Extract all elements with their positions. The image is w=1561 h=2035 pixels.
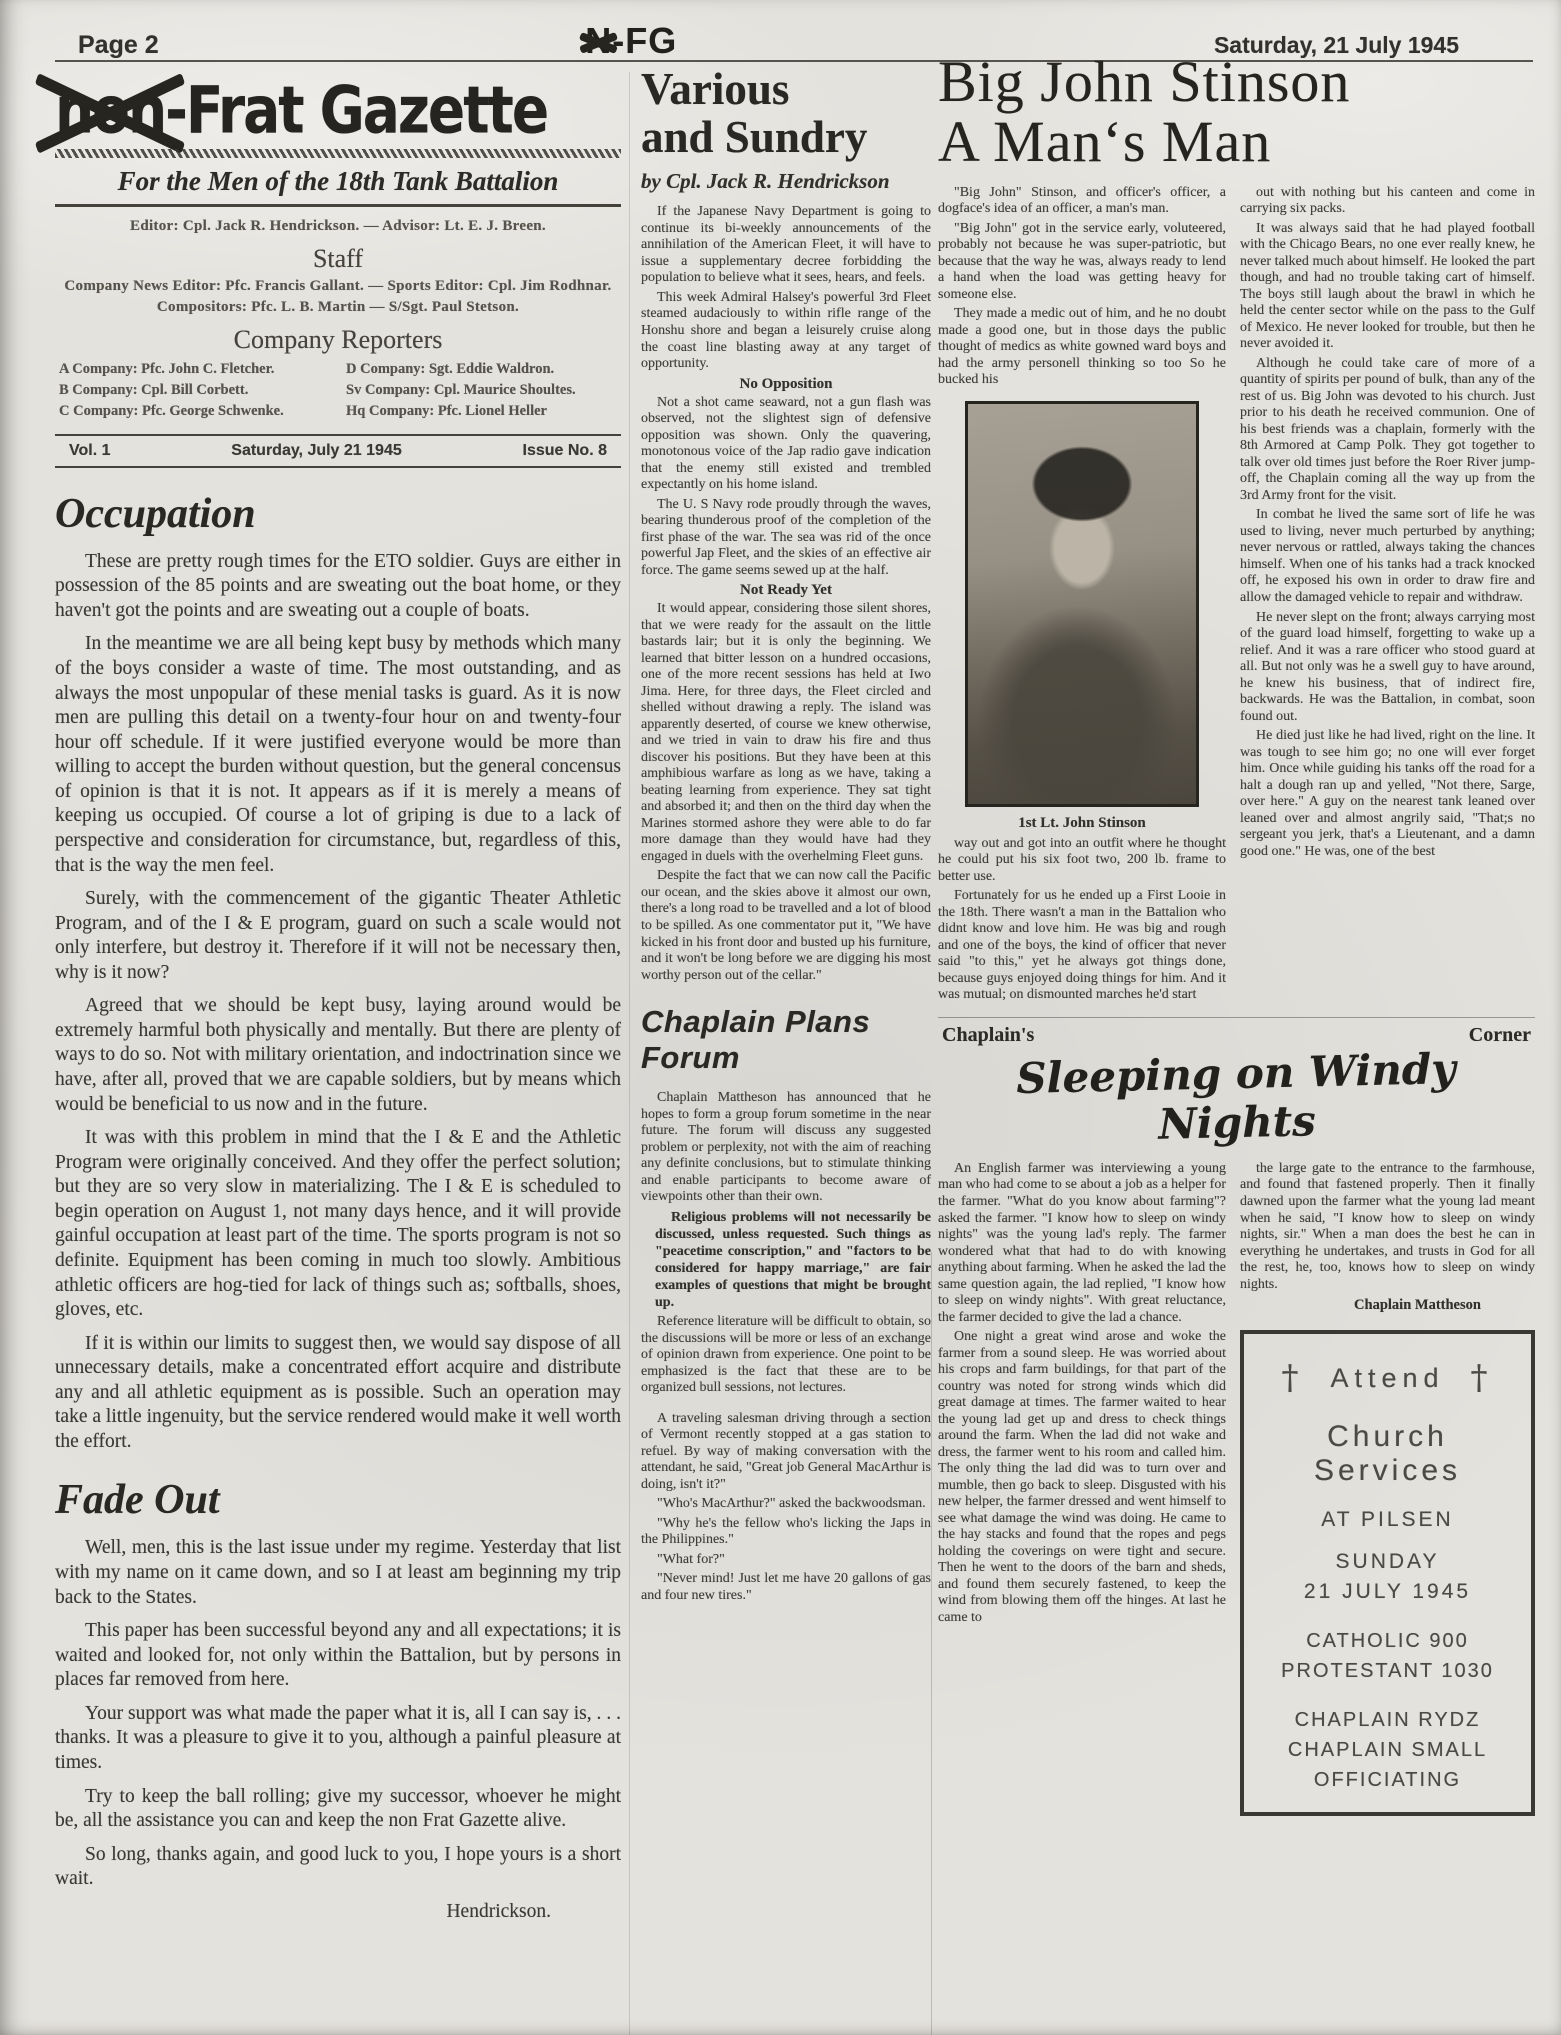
newspaper-page: Page 2 N-FG Saturday, 21 July 1945 non-F…: [0, 0, 1561, 2035]
issue-number: Issue No. 8: [523, 442, 607, 460]
protestant-time: PROTESTANT 1030: [1250, 1660, 1525, 1683]
occupation-paragraph: In the meantime we are all being kept bu…: [55, 632, 621, 878]
windy-nights-title: Sleeping on Windy Nights: [937, 1042, 1536, 1154]
volume-label: Vol. 1: [69, 442, 111, 460]
occupation-paragraph: Agreed that we should be kept busy, layi…: [55, 994, 621, 1117]
forum-paragraph: Chaplain Mattheson has announced that he…: [641, 1090, 931, 1206]
various-paragraph: The U. S Navy rode proudly through the w…: [641, 497, 931, 580]
windy-signature: Chaplain Mattheson: [1300, 1297, 1535, 1314]
reporter-b: B Company: Cpl. Bill Corbett.: [59, 380, 334, 401]
article-big-john: Big John Stinson A Man‘s Man "Big John" …: [938, 52, 1535, 1007]
reporters-col-right: D Company: Sgt. Eddie Waldron. Sv Compan…: [334, 359, 621, 422]
occupation-paragraph: If it is within our limits to suggest th…: [55, 1332, 621, 1455]
big-john-columns: "Big John" Stinson, and officer's office…: [938, 185, 1535, 1007]
catholic-time: CATHOLIC 900: [1250, 1630, 1525, 1653]
forum-paragraph: "What for?": [641, 1552, 931, 1569]
various-paragraph: It would appear, considering those silen…: [641, 601, 931, 865]
occupation-title: Occupation: [55, 490, 621, 538]
various-paragraph: If the Japanese Navy Department is going…: [641, 204, 931, 287]
kicker-left: Chaplain's: [942, 1024, 1034, 1047]
article-chaplain-plans-forum: Chaplain Plans Forum Chaplain Mattheson …: [641, 1004, 931, 1604]
photo-caption: 1st Lt. John Stinson: [938, 815, 1226, 832]
mini-logo-crossed-text: N: [585, 20, 612, 61]
big-john-paragraph: "Big John" got in the service early, vol…: [938, 221, 1226, 304]
article-fade-out: Fade Out Well, men, this is the last iss…: [55, 1476, 621, 1922]
staff-line-2: Compositors: Pfc. L. B. Martin — S/Sgt. …: [55, 297, 621, 317]
fade-out-paragraph: This paper has been successful beyond an…: [55, 1619, 621, 1693]
reporter-a: A Company: Pfc. John C. Fletcher.: [59, 359, 334, 380]
forum-paragraph: A traveling salesman driving through a s…: [641, 1411, 931, 1494]
forum-bold-paragraph: Religious problems will not necessarily …: [655, 1209, 931, 1311]
big-john-paragraph: They made a medic out of him, and he no …: [938, 306, 1226, 389]
church-date: 21 JULY 1945: [1250, 1580, 1525, 1604]
church-services-box: † Attend † Church Services AT PILSEN SUN…: [1240, 1330, 1535, 1816]
forum-paragraph: "Why he's the fellow who's licking the J…: [641, 1516, 931, 1549]
chaplains-corner-section: Chaplain's Corner Sleeping on Windy Nigh…: [938, 1017, 1535, 1816]
hatched-underline: [55, 149, 621, 158]
chaplains-corner-kicker: Chaplain's Corner: [938, 1017, 1535, 1047]
right-section: Big John Stinson A Man‘s Man "Big John" …: [938, 52, 1535, 1816]
big-john-paragraph: way out and got into an outfit where he …: [938, 836, 1226, 886]
cross-icon: †: [1471, 1358, 1494, 1398]
chaplain-name-2: CHAPLAIN SMALL: [1250, 1739, 1525, 1762]
reporter-hq: Hq Company: Pfc. Lionel Heller: [346, 401, 621, 422]
page-number: Page 2: [78, 31, 159, 60]
reporters-col-left: A Company: Pfc. John C. Fletcher. B Comp…: [55, 359, 334, 422]
big-john-paragraph: "Big John" Stinson, and officer's office…: [938, 185, 1226, 218]
masthead: non-Frat Gazette For the Men of the 18th…: [55, 78, 621, 468]
church-services-title: Church Services: [1250, 1420, 1525, 1488]
windy-paragraph: One night a great wind arose and woke th…: [938, 1329, 1226, 1626]
officiating-label: OFFICIATING: [1250, 1769, 1525, 1792]
windy-column-2: the large gate to the entrance to the fa…: [1240, 1161, 1535, 1816]
occupation-paragraph: These are pretty rough times for the ETO…: [55, 550, 621, 624]
various-title-line1: Various: [641, 66, 931, 114]
reporter-sv: Sv Company: Cpl. Maurice Shoultes.: [346, 380, 621, 401]
various-paragraph: Not a shot came seaward, not a gun flash…: [641, 395, 931, 494]
volume-date: Saturday, July 21 1945: [231, 442, 401, 460]
various-subhead: Not Ready Yet: [641, 582, 931, 599]
various-paragraph: Despite the fact that we can now call th…: [641, 868, 931, 984]
windy-paragraph: the large gate to the entrance to the fa…: [1240, 1161, 1535, 1293]
various-title-line2: and Sundry: [641, 114, 931, 162]
forum-paragraph: Reference literature will be difficult t…: [641, 1314, 931, 1397]
occupation-paragraph: It was with this problem in mind that th…: [55, 1126, 621, 1323]
masthead-crossed-text: non: [55, 72, 165, 148]
cross-icon: †: [1281, 1358, 1304, 1398]
masthead-title: non-Frat Gazette: [55, 78, 621, 143]
crossed-letter: N: [585, 20, 612, 62]
forum-paragraph: "Never mind! Just let me have 20 gallons…: [641, 1571, 931, 1604]
column-divider-left: [629, 72, 630, 2035]
fade-out-paragraph: So long, thanks again, and good luck to …: [55, 1843, 621, 1892]
forum-title: Chaplain Plans Forum: [641, 1004, 931, 1076]
forum-paragraph: "Who's MacArthur?" asked the backwoodsma…: [641, 1496, 931, 1513]
various-byline: by Cpl. Jack R. Hendrickson: [641, 169, 931, 194]
masthead-title-text: -Frat Gazette: [165, 72, 547, 148]
stinson-portrait-photo: [965, 401, 1199, 807]
reporter-c: C Company: Pfc. George Schwenke.: [59, 401, 334, 422]
article-various-and-sundry: Various and Sundry by Cpl. Jack R. Hendr…: [641, 66, 931, 984]
staff-line-1: Company News Editor: Pfc. Francis Gallan…: [55, 276, 621, 296]
big-john-paragraph: In combat he lived the same sort of life…: [1240, 507, 1535, 606]
attend-label: Attend: [1330, 1363, 1444, 1394]
mini-logo: N-FG: [585, 20, 677, 62]
left-column: non-Frat Gazette For the Men of the 18th…: [55, 64, 621, 1923]
big-john-paragraph: He never slept on the front; always carr…: [1240, 610, 1535, 726]
big-john-paragraph: Fortunately for us he ended up a First L…: [938, 888, 1226, 1004]
big-john-title-line1: Big John Stinson: [938, 52, 1535, 112]
middle-column: Various and Sundry by Cpl. Jack R. Hendr…: [641, 66, 931, 1607]
editor-line: Editor: Cpl. Jack R. Hendrickson. — Advi…: [55, 216, 621, 236]
masthead-rule: [55, 204, 621, 207]
big-john-paragraph: Although he could take care of more of a…: [1240, 356, 1535, 505]
windy-column-1: An English farmer was interviewing a you…: [938, 1161, 1226, 1816]
windy-paragraph: An English farmer was interviewing a you…: [938, 1161, 1226, 1326]
fade-out-paragraph: Try to keep the ball rolling; give my su…: [55, 1785, 621, 1834]
big-john-column-1: "Big John" Stinson, and officer's office…: [938, 185, 1226, 1007]
fade-out-title: Fade Out: [55, 1476, 621, 1524]
attend-row: † Attend †: [1250, 1358, 1525, 1398]
reporters-table: A Company: Pfc. John C. Fletcher. B Comp…: [55, 359, 621, 422]
staff-heading: Staff: [55, 244, 621, 274]
reporter-d: D Company: Sgt. Eddie Waldron.: [346, 359, 621, 380]
big-john-title-line2: A Man‘s Man: [938, 112, 1535, 172]
masthead-tagline: For the Men of the 18th Tank Battalion: [55, 166, 621, 197]
various-subhead: No Opposition: [641, 376, 931, 393]
various-paragraph: This week Admiral Halsey's powerful 3rd …: [641, 290, 931, 373]
crossed-word: non: [55, 78, 165, 143]
big-john-paragraph: He died just like he had lived, right on…: [1240, 728, 1535, 860]
church-location: AT PILSEN: [1250, 1508, 1525, 1532]
mini-logo-text: -FG: [612, 20, 677, 61]
chaplain-name-1: CHAPLAIN RYDZ: [1250, 1709, 1525, 1732]
windy-nights-columns: An English farmer was interviewing a you…: [938, 1161, 1535, 1816]
article-occupation: Occupation These are pretty rough times …: [55, 490, 621, 1455]
fade-out-signature: Hendrickson.: [55, 1901, 621, 1923]
big-john-paragraph: It was always said that he had played fo…: [1240, 221, 1535, 353]
big-john-column-2: out with nothing but his canteen and com…: [1240, 185, 1535, 1007]
fade-out-paragraph: Your support was what made the paper wha…: [55, 1702, 621, 1776]
reporters-heading: Company Reporters: [55, 325, 621, 355]
occupation-paragraph: Surely, with the commencement of the gig…: [55, 887, 621, 985]
volume-row: Vol. 1 Saturday, July 21 1945 Issue No. …: [55, 434, 621, 468]
big-john-paragraph: out with nothing but his canteen and com…: [1240, 185, 1535, 218]
church-day: SUNDAY: [1250, 1550, 1525, 1574]
fade-out-paragraph: Well, men, this is the last issue under …: [55, 1536, 621, 1610]
column-divider-right: [931, 1252, 932, 2035]
